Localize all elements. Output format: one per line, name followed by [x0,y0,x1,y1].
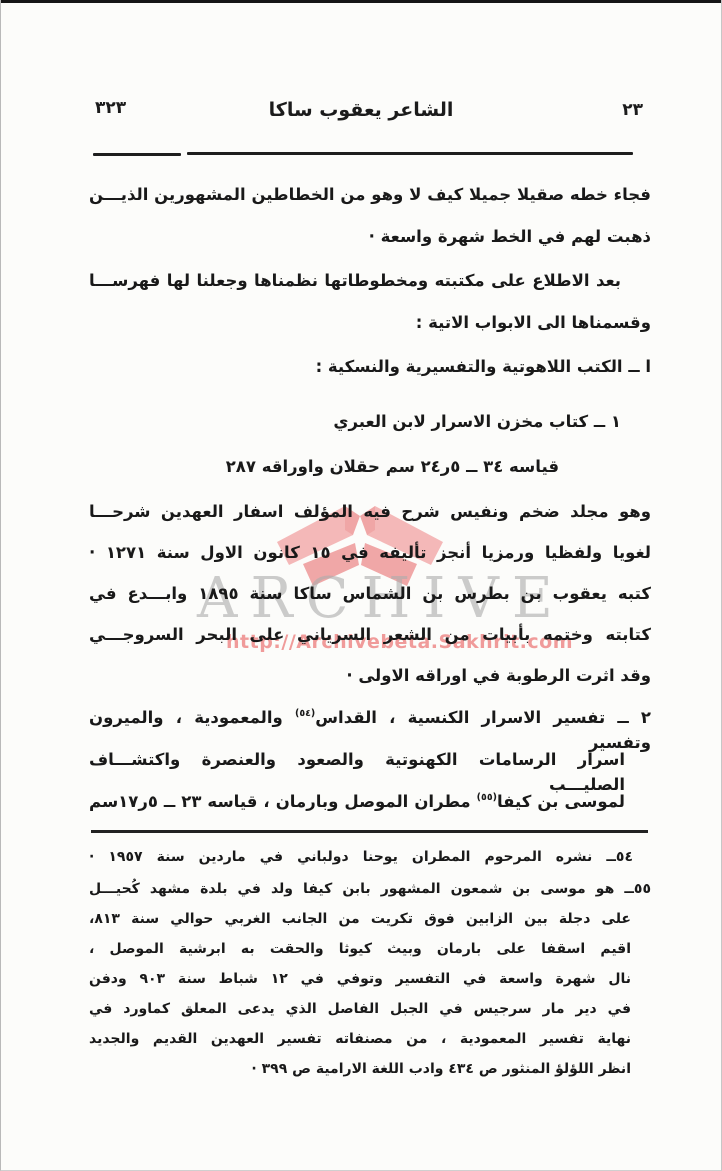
footnote-55-line: اقيم اسقفا على بارمان وبيث كيوثا والحقت … [89,939,651,960]
footnote-separator [91,830,648,833]
body-line: ذهبت لهم في الخط شهرة واسعة · [89,225,651,250]
header-page-number-left: ٣٢٣ [95,98,126,118]
page-top-border [1,0,721,3]
section-heading: ا ــ الكتب اللاهوتية والتفسيرية والنسكية… [89,355,651,380]
footnote-55-line: نال شهرة واسعة في التفسير وتوفي في ١٢ شب… [89,969,651,990]
body-line: كتبه يعقوب بن بطرس بن الشماس ساكا سنة ١٨… [89,582,651,607]
body-line: وهو مجلد ضخم ونفيس شرح فيه المؤلف اسفار … [89,500,651,525]
scanned-book-page: ARCHIVE http://Archivebeta.Sakhrit.com ٢… [0,0,722,1171]
body-line: بعد الاطلاع على مكتبته ومخطوطاتها نظمناه… [89,269,651,294]
footnote-55-line: في دير مار سرجيس في الجبل الفاصل الذي يد… [89,999,651,1020]
body-line: لغويا ولفظيا ورمزيا أنجز تأليفه في ١٥ كا… [89,541,651,566]
footnote-ref-55: (٥٥) [477,792,497,803]
footnote-55-line: انظر اللؤلؤ المنثور ص ٤٣٤ وادب اللغة الا… [89,1059,651,1080]
footnote-55-line: ٥٥ــ هو موسى بن شمعون المشهور بابن كيفا … [89,879,651,900]
body-line: فجاء خطه صقيلا جميلا كيف لا وهو من الخطا… [89,183,651,208]
item2-text: لموسى بن كيفا [497,792,625,811]
list-item-1: ١ ــ كتاب مخزن الاسرار لابن العبري [89,410,651,435]
body-line: كتابته وختمه بأبيات من الشعر السرياني عل… [89,623,651,648]
header-rule-right [187,152,633,155]
footnote-ref-54: (٥٤) [295,708,315,719]
body-line: وقد اثرت الرطوبة في اوراقه الاولى · [89,664,651,689]
footnote-54: ٥٤ــ نشره المرحوم المطران يوحنا دولباني … [89,847,651,868]
body-line: وقسمناها الى الابواب الاتية : [89,311,651,336]
manuscript-size-line: قياسه ٣٤ ــ ٥ر٢٤ سم حقلان واوراقه ٢٨٧ [89,455,651,480]
header-rule-left [93,153,181,156]
footnote-55-line: على دجلة بين الزابين فوق تكريت من الجانب… [89,909,651,930]
list-item-2-line: لموسى بن كيفا(٥٥) مطران الموصل وبارمان ،… [89,790,651,815]
footnote-55-line: نهاية تفسير المعمودية ، من مصنفاته تفسير… [89,1029,651,1050]
item2-text: ٢ ــ تفسير الاسرار الكنسية ، القداس [315,708,651,727]
item2-text: مطران الموصل وبارمان ، قياسه ٢٣ ــ ٥ر١٧س… [89,792,477,811]
